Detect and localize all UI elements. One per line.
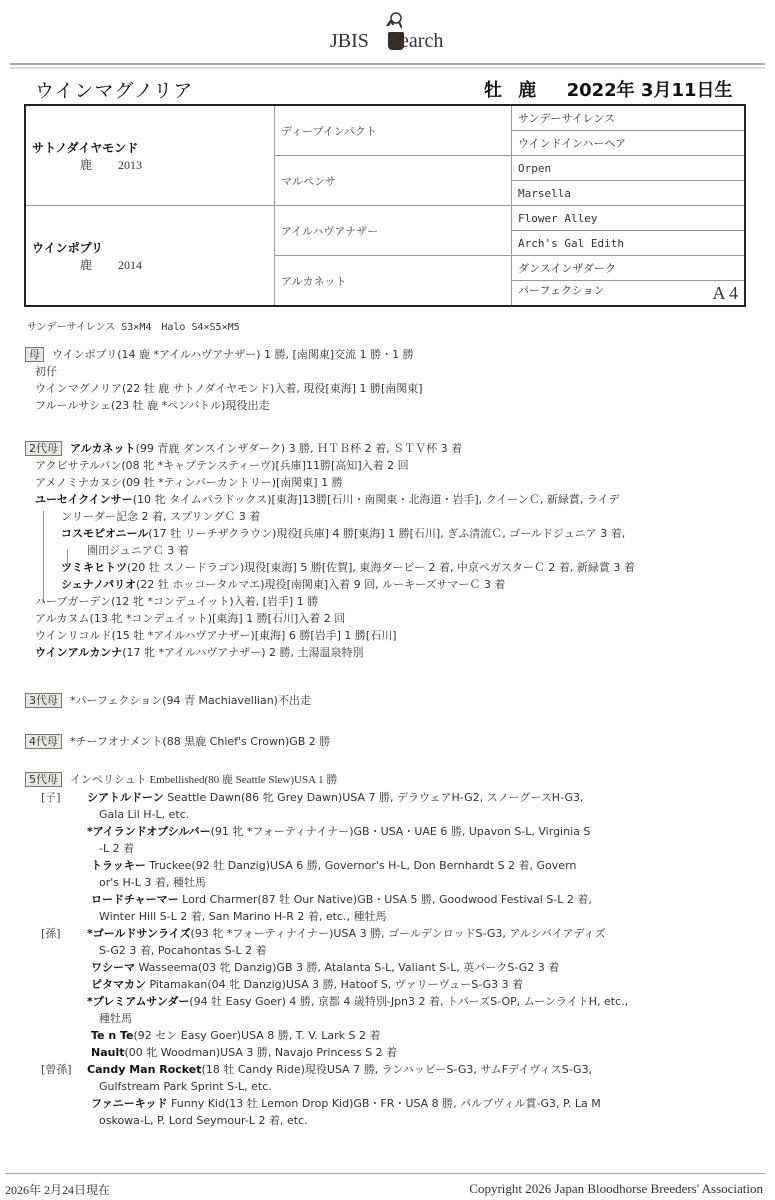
list-item-name[interactable]: *ゴールドサンライズ [87,927,191,940]
header-divider [10,63,765,65]
horse-birth: 2022年 3月11日生 [567,80,733,101]
horse-meta: 牡 鹿 2022年 3月11日生 [484,76,743,102]
list-item-cont: 種牡馬 [25,1010,628,1027]
jbis-search-logo[interactable]: JBISSearch [330,4,460,52]
list-item[interactable]: アメノミナカヌシ(09 牡 *ティンバーカントリー)[南関東] 1 勝 [25,474,635,491]
list-item-name[interactable]: Candy Man Rocket [87,1063,202,1076]
list-item[interactable]: ウインリコルド(15 牡 *アイルハヴアナザー)[東海] 6 勝[岩手] 1 勝… [25,627,635,644]
fifth-dam-section: 5代母インペリシュト Embellished(80 鹿 Seattle Slew… [25,771,628,1129]
list-item-cont: 園田ジュニアＣ 3 着 [25,542,635,559]
logo-jbis: JBIS [330,30,369,52]
pedigree-sire-dam[interactable]: マルペンサ [275,156,512,206]
dam-info: 鹿2014 [32,256,268,273]
badge-3rd-dam: 3代母 [25,693,62,708]
third-dam-text[interactable]: *パーフェクション(94 青 Machiavellian)不出走 [70,694,311,707]
fourth-dam-section: 4代母*チーフオナメント(88 黒鹿 Chief's Crown)GB 2 勝 [25,733,330,750]
badge-dam: 母 [25,347,44,362]
horse-name: ウインマグノリア [35,76,193,103]
dam-year: 2014 [118,258,142,272]
list-item-name[interactable]: シアトルドーン [87,791,164,804]
list-item-cont: -L 2 着 [25,840,628,857]
tag-child: [子] [25,789,87,806]
list-item[interactable]: ツミキヒトツ(20 牡 スノードラゴン)現役[東海] 5 勝[佐賀], 東海ダー… [25,559,635,576]
list-item[interactable]: アクビサテルパン(08 牝 *キャプテンスティーヴ)[兵庫]11勝[高知]入着 … [25,457,635,474]
list-item-cont: or's H-L 3 着, 種牡馬 [25,874,628,891]
pedigree-table: サトノダイヤモンド 鹿2013 ディープインパクト サンデーサイレンス ウインド… [24,104,746,307]
list-item-cont: ンリーダー記念 2 着, スプリングＣ 3 着 [25,508,635,525]
pedigree-g3-8[interactable]: パーフェクションA 4 [512,281,746,307]
inbreeding-cross: サンデーサイレンス S3×M4 Halo S4×S5×M5 [27,318,240,333]
list-item[interactable]: *プレミアムサンダー(94 牡 Easy Goer) 4 勝, 京都 4 歳特別… [25,993,628,1010]
list-item[interactable]: ワシーマ Wasseema(03 牝 Danzig)GB 3 勝, Atalan… [25,959,628,976]
list-item-cont: Gala Lil H-L, etc. [25,806,628,823]
pedigree-g3-6[interactable]: Arch's Gal Edith [512,231,746,256]
pedigree-sire-sire[interactable]: ディープインパクト [275,105,512,156]
dam-name: ウインポプリ [32,239,268,256]
pedigree-g3-8-name: パーフェクション [518,284,605,297]
badge-2nd-dam: 2代母 [25,441,62,456]
second-dam-record: (99 青鹿 ダンスインザダーク) 3 勝, ＨＴＢ杯 2 着, ＳＴＶ杯 3 … [136,442,463,455]
horse-color: 鹿 [518,80,536,101]
as-of-date: 2026年 2月24日現在 [5,1181,110,1198]
list-item[interactable]: ユーセイクインサー(10 牝 タイムパラドックス)[東海]13勝[石川・南関東・… [25,491,635,508]
tag-grandchild: [孫] [25,925,87,942]
fourth-dam-text[interactable]: *チーフオナメント(88 黒鹿 Chief's Crown)GB 2 勝 [70,735,330,748]
list-item[interactable]: ファニーキッド Funny Kid(13 牡 Lemon Drop Kid)GB… [25,1095,628,1112]
pedigree-g3-3[interactable]: Orpen [512,156,746,181]
list-item[interactable]: Nault(00 牝 Woodman)USA 3 勝, Navajo Princ… [25,1044,628,1061]
list-item[interactable]: シェナノパリオ(22 牡 ホッコータルマエ)現役[南関東]入着 9 回, ルーキ… [25,576,635,593]
dam-line-2: 初仔 [25,363,423,380]
fifth-dam-text[interactable]: インペリシュト Embellished(80 鹿 Seattle Slew)US… [70,774,337,786]
horse-magnifier-icon [384,12,402,32]
list-item-cont: S-G2 3 着, Pocahontas S-L 2 着 [25,942,628,959]
sire-year: 2013 [118,158,142,172]
sire-info: 鹿2013 [32,156,268,173]
second-dam-name[interactable]: アルカネット [70,442,136,455]
list-item[interactable]: ハーブガーデン(12 牝 *コンデュイット)入着, [岩手] 1 勝 [25,593,635,610]
dam-color: 鹿 [80,258,92,272]
pedigree-g3-4[interactable]: Marsella [512,181,746,206]
sire-color: 鹿 [80,158,92,172]
pedigree-g3-7[interactable]: ダンスインザダーク [512,256,746,281]
badge-4th-dam: 4代母 [25,734,62,749]
pedigree-dam[interactable]: ウインポプリ 鹿2014 [25,206,275,307]
dam-line-1[interactable]: ウインポプリ(14 鹿 *アイルハヴアナザー) 1 勝, [南関東]交流 1 勝… [52,348,414,361]
list-item[interactable]: アルカヌム(13 牝 *コンデュイット)[東海] 1 勝[石川]入着 2 回 [25,610,635,627]
copyright: Copyright 2026 Japan Bloodhorse Breeders… [469,1181,763,1197]
list-item[interactable]: ウインアルカンナ(17 牝 *アイルハヴアナザー) 2 勝, 土湯温泉特別 [25,644,635,661]
third-dam-section: 3代母*パーフェクション(94 青 Machiavellian)不出走 [25,692,311,709]
family-number: A 4 [712,282,738,304]
list-item[interactable]: *アイランドオブシルバー(91 牝 *フォーティナイナー)GB・USA・UAE … [25,823,628,840]
horse-sex: 牡 [484,80,502,101]
pedigree-g3-5[interactable]: Flower Alley [512,206,746,231]
pedigree-dam-sire[interactable]: アイルハヴアナザー [275,206,512,256]
sire-name: サトノダイヤモンド [32,139,268,156]
second-dam-section: 2代母アルカネット(99 青鹿 ダンスインザダーク) 3 勝, ＨＴＢ杯 2 着… [25,440,635,661]
list-item-cont: Winter Hill S-L 2 着, San Marino H-R 2 着,… [25,908,628,925]
pedigree-sire[interactable]: サトノダイヤモンド 鹿2013 [25,105,275,206]
list-item-cont: Gulfstream Park Sprint S-L, etc. [25,1078,628,1095]
dam-line-4[interactable]: フルールサシェ(23 牡 鹿 *ペンバトル)現役出走 [25,397,423,414]
list-item[interactable]: コスモピオニール(17 牡 リーチザクラウン)現役[兵庫] 4 勝[東海] 1 … [25,525,635,542]
list-item-cont: oskowa-L, P. Lord Seymour-L 2 着, etc. [25,1112,628,1129]
pedigree-dam-dam[interactable]: アルカネット [275,256,512,307]
logo-text: JBISSearch [330,30,443,53]
list-item[interactable]: ピタマカン Pitamakan(04 牝 Danzig)USA 3 勝, Hat… [25,976,628,993]
pedigree-g3-2[interactable]: ウインドインハーヘア [512,131,746,156]
tag-great-grandchild: [曾孫] [25,1061,87,1078]
badge-5th-dam: 5代母 [25,772,62,787]
list-item[interactable]: Te n Te(92 セン Easy Goer)USA 8 勝, T. V. L… [25,1027,628,1044]
header-divider-2 [10,67,765,69]
dam-line-3[interactable]: ウインマグノリア(22 牡 鹿 サトノダイヤモンド)入着, 現役[東海] 1 勝… [25,380,423,397]
dam-section: 母ウインポプリ(14 鹿 *アイルハヴアナザー) 1 勝, [南関東]交流 1 … [25,346,423,414]
list-item[interactable]: ロードチャーマー Lord Charmer(87 牡 Our Native)GB… [25,891,628,908]
list-item[interactable]: トラッキー Truckee(92 牡 Danzig)USA 6 勝, Gover… [25,857,628,874]
logo-search: Search [389,30,443,52]
pedigree-g3-1[interactable]: サンデーサイレンス [512,105,746,131]
footer-divider [5,1173,765,1174]
